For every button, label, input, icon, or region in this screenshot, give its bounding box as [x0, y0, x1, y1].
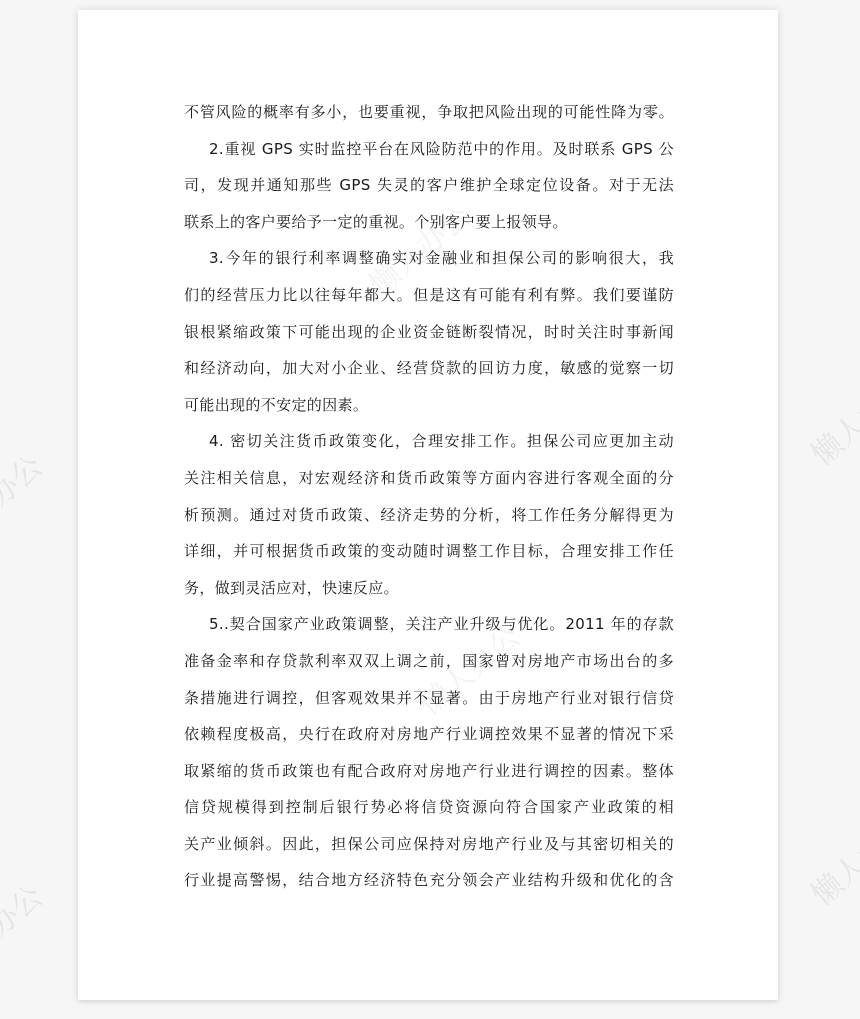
text-line: 司，发现并通知那些 GPS 失灵的客户维护全球定位设备。对于无法 [184, 167, 674, 204]
text-line: 关产业倾斜。因此，担保公司应保持对房地产行业及与其密切相关的 [184, 826, 674, 863]
text-line: 信贷规模得到控制后银行势必将信贷资源向符合国家产业政策的相 [184, 789, 674, 826]
text-line: 关注相关信息，对宏观经济和货币政策等方面内容进行客观全面的分 [184, 460, 674, 497]
text-line: 条措施进行调控，但客观效果并不显著。由于房地产行业对银行信贷 [184, 680, 674, 717]
document-viewer: 懒人办公 懒人办公 懒人办公 懒人办公 懒人办公 懒人办公 不管风险的概率有多小… [0, 0, 860, 1019]
document-body: 不管风险的概率有多小，也要重视，争取把风险出现的可能性降为零。 2.重视 GPS… [184, 94, 674, 899]
text-line: 取紧缩的货币政策也有配合政府对房地产行业进行调控的因素。整体 [184, 753, 674, 790]
text-line: 行业提高警惕，结合地方经济特色充分领会产业结构升级和优化的含 [184, 862, 674, 899]
watermark: 懒人办公 [800, 803, 860, 914]
text-line: 析预测。通过对货币政策、经济走势的分析，将工作任务分解得更为 [184, 497, 674, 534]
text-line: 5..契合国家产业政策调整，关注产业升级与优化。2011 年的存款 [184, 606, 674, 643]
text-line: 银根紧缩政策下可能出现的企业资金链断裂情况，时时关注时事新闻 [184, 314, 674, 351]
text-line: 和经济动向，加大对小企业、经营贷款的回访力度，敏感的觉察一切 [184, 350, 674, 387]
text-line: 4. 密切关注货币政策变化，合理安排工作。担保公司应更加主动 [184, 423, 674, 460]
text-line: 可能出现的不安定的因素。 [184, 387, 674, 424]
text-line: 们的经营压力比以往每年都大。但是这有可能有利有弊。我们要谨防 [184, 277, 674, 314]
text-line: 联系上的客户要给予一定的重视。个别客户要上报领导。 [184, 204, 674, 241]
text-line: 不管风险的概率有多小，也要重视，争取把风险出现的可能性降为零。 [184, 94, 674, 131]
watermark: 懒人办公 [0, 873, 50, 984]
watermark: 懒人办公 [800, 363, 860, 474]
watermark: 懒人办公 [0, 443, 50, 554]
text-line: 3.今年的银行利率调整确实对金融业和担保公司的影响很大，我 [184, 240, 674, 277]
text-line: 详细，并可根据货币政策的变动随时调整工作目标，合理安排工作任 [184, 533, 674, 570]
text-line: 2.重视 GPS 实时监控平台在风险防范中的作用。及时联系 GPS 公 [184, 131, 674, 168]
document-page: 懒人办公 懒人办公 不管风险的概率有多小，也要重视，争取把风险出现的可能性降为零… [78, 10, 778, 1000]
text-line: 依赖程度极高，央行在政府对房地产行业调控效果不显著的情况下采 [184, 716, 674, 753]
text-line: 务，做到灵活应对，快速反应。 [184, 570, 674, 607]
text-line: 准备金率和存贷款利率双双上调之前，国家曾对房地产市场出台的多 [184, 643, 674, 680]
